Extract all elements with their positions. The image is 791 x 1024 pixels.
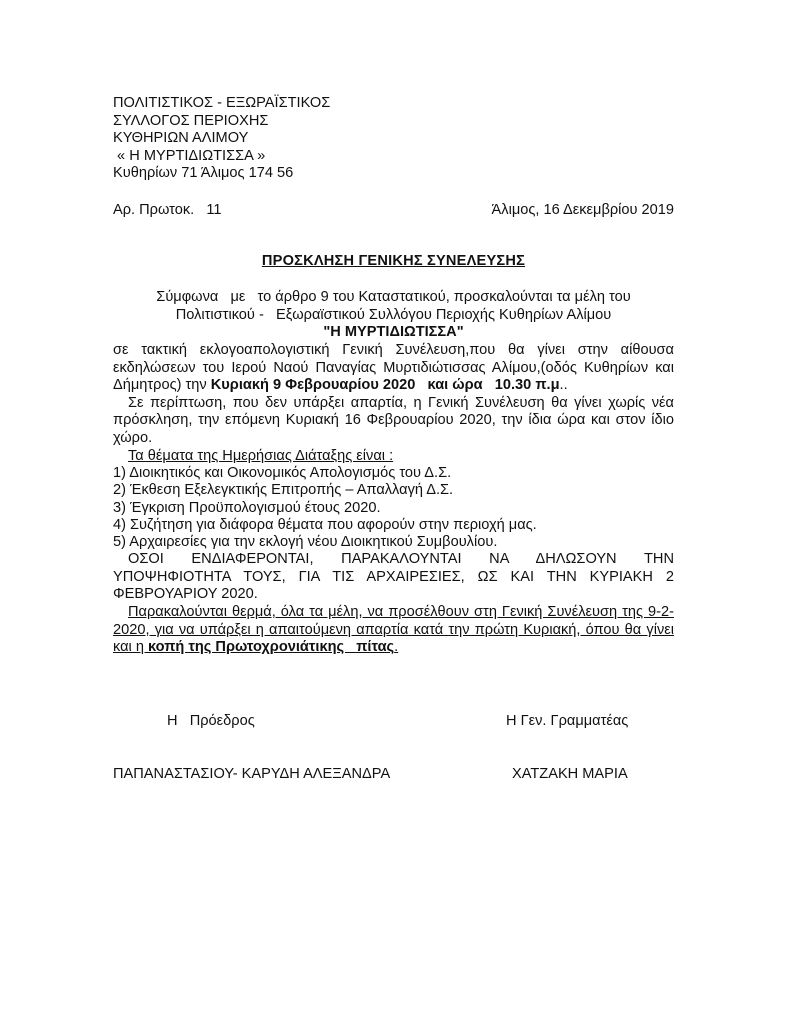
protocol-number: Αρ. Πρωτοκ. 11 — [113, 202, 222, 218]
header-line-3: ΚΥΘΗΡΙΩΝ ΑΛΙΜΟΥ — [113, 130, 674, 148]
protocol-label: Αρ. Πρωτοκ. — [113, 202, 194, 218]
closing-paragraph: Παρακαλούνται θερμά, όλα τα μέλη, να προ… — [113, 604, 674, 657]
agenda-title: Τα θέματα της Ημερήσιας Διάταξης είναι : — [113, 448, 674, 466]
quorum-paragraph: Σε περίπτωση, που δεν υπάρξει απαρτία, η… — [113, 395, 674, 448]
pie-cutting: κοπή της Πρωτοχρονιάτικης πίτας — [148, 639, 394, 655]
agenda-item: 3) Έγκριση Προϋπολογισμού έτους 2020. — [113, 500, 674, 517]
intro-line-1: Σύμφωνα με το άρθρο 9 του Καταστατικού, … — [113, 289, 674, 307]
intro-line-2: Πολιτιστικού - Εξωραϊστικού Συλλόγου Περ… — [113, 307, 674, 325]
president-title: Η Πρόεδρος — [167, 713, 255, 729]
association-header: ΠΟΛΙΤΙΣΤΙΚΟΣ - ΕΞΩΡΑΪΣΤΙΚΟΣ ΣΥΛΛΟΓΟΣ ΠΕΡ… — [113, 95, 674, 183]
meeting-details-ending: .. — [560, 377, 568, 393]
agenda-list: 1) Διοικητικός και Οικονομικός Απολογισμ… — [113, 465, 674, 551]
header-address: Κυθηρίων 71 Άλιμος 174 56 — [113, 165, 674, 183]
agenda-item: 2) Έκθεση Εξελεγκτικής Επιτροπής – Απαλλ… — [113, 482, 674, 499]
association-name: "Η ΜΥΡΤΙΔΙΩΤΙΣΣΑ" — [113, 324, 674, 342]
header-line-2: ΣΥΛΛΟΓΟΣ ΠΕΡΙΟΧΗΣ — [113, 113, 674, 131]
document-title: ΠΡΟΣΚΛΗΣΗ ΓΕΝΙΚΗΣ ΣΥΝΕΛΕΥΣΗΣ — [113, 253, 674, 269]
closing-ending: . — [394, 639, 398, 655]
secretary-title: Η Γεν. Γραμματέας — [506, 713, 628, 729]
president-name: ΠΑΠΑΝΑΣΤΑΣΙΟΥ- ΚΑΡΥΔΗ ΑΛΕΞΑΝΔΡΑ — [113, 766, 390, 782]
agenda-item: 5) Αρχαιρεσίες για την εκλογή νέου Διοικ… — [113, 534, 674, 551]
agenda-item: 1) Διοικητικός και Οικονομικός Απολογισμ… — [113, 465, 674, 482]
document-page: ΠΟΛΙΤΙΣΤΙΚΟΣ - ΕΞΩΡΑΪΣΤΙΚΟΣ ΣΥΛΛΟΓΟΣ ΠΕΡ… — [0, 0, 791, 1024]
invitation-body: σε τακτική εκλογοαπολογιστική Γενική Συν… — [113, 342, 674, 657]
meeting-details: σε τακτική εκλογοαπολογιστική Γενική Συν… — [113, 342, 674, 395]
header-line-1: ΠΟΛΙΤΙΣΤΙΚΟΣ - ΕΞΩΡΑΪΣΤΙΚΟΣ — [113, 95, 674, 113]
secretary-name: ΧΑΤΖΑΚΗ ΜΑΡΙΑ — [512, 766, 628, 782]
header-line-4: « Η ΜΥΡΤΙΔΙΩΤΙΣΣΑ » — [113, 148, 674, 166]
intro-paragraph: Σύμφωνα με το άρθρο 9 του Καταστατικού, … — [113, 289, 674, 342]
place-date: Άλιμος, 16 Δεκεμβρίου 2019 — [492, 202, 674, 218]
protocol-value: 11 — [206, 202, 221, 218]
agenda-item: 4) Συζήτηση για διάφορα θέματα που αφορο… — [113, 517, 674, 534]
reference-row: Αρ. Πρωτοκ. 11 Άλιμος, 16 Δεκεμβρίου 201… — [113, 202, 674, 218]
meeting-time: και ώρα 10.30 π.μ — [428, 377, 560, 393]
meeting-date: Κυριακή 9 Φεβρουαρίου 2020 — [211, 377, 416, 393]
candidacy-notice: ΟΣΟΙ ΕΝΔΙΑΦΕΡΟΝΤΑΙ, ΠΑΡΑΚΑΛΟΥΝΤΑΙ ΝΑ ΔΗΛ… — [113, 551, 674, 604]
